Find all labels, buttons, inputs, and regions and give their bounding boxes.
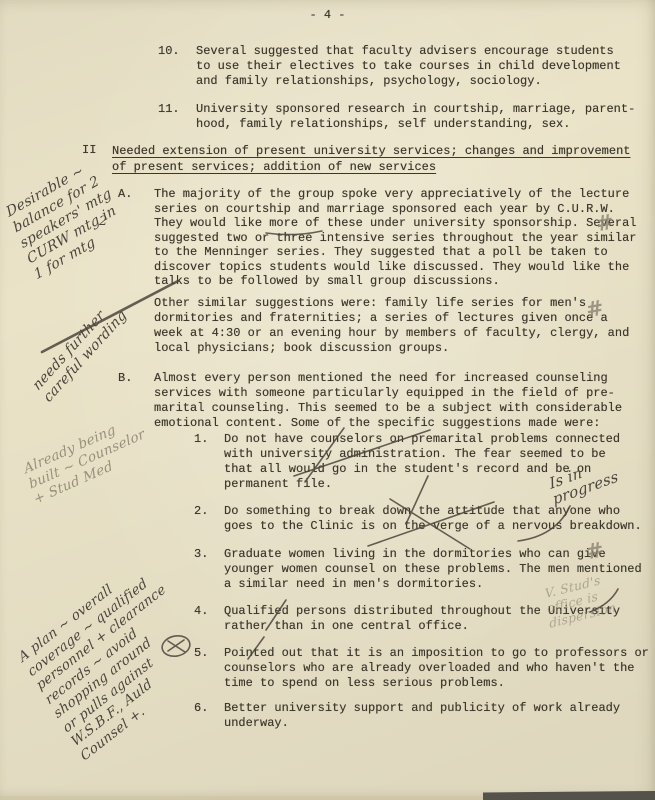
page-number: - 4 - [0, 8, 655, 23]
item-10-text: Several suggested that faculty advisers … [196, 44, 621, 89]
sub-item-3-number: 3. [194, 547, 208, 562]
item-11-text: University sponsored research in courtsh… [196, 102, 635, 132]
sub-item-6-text: Better university support and publicity … [224, 701, 655, 731]
handwritten-insert-mark: 2 [99, 214, 108, 229]
para-a-label: A. [118, 187, 132, 202]
sub-item-1-number: 1. [194, 432, 208, 447]
para-a-text: The majority of the group spoke very app… [154, 187, 636, 289]
sub-item-2-text: Do something to break down the attitude … [224, 504, 642, 534]
para-b-text: Almost every person mentioned the need f… [154, 371, 622, 431]
sub-item-6-number: 6. [194, 701, 208, 716]
sub-item-5-text: Pointed out that it is an imposition to … [224, 646, 649, 691]
para-a2-text: Other similar suggestions were: family l… [154, 296, 629, 356]
scan-background-strip [483, 791, 655, 800]
sub-item-2-number: 2. [194, 504, 208, 519]
sub-item-4-number: 4. [194, 604, 208, 619]
item-10-number: 10. [158, 44, 180, 59]
item-11-number: 11. [158, 102, 180, 117]
para-b-label: B. [118, 371, 132, 386]
section-heading: Needed extension of present university s… [112, 143, 630, 175]
